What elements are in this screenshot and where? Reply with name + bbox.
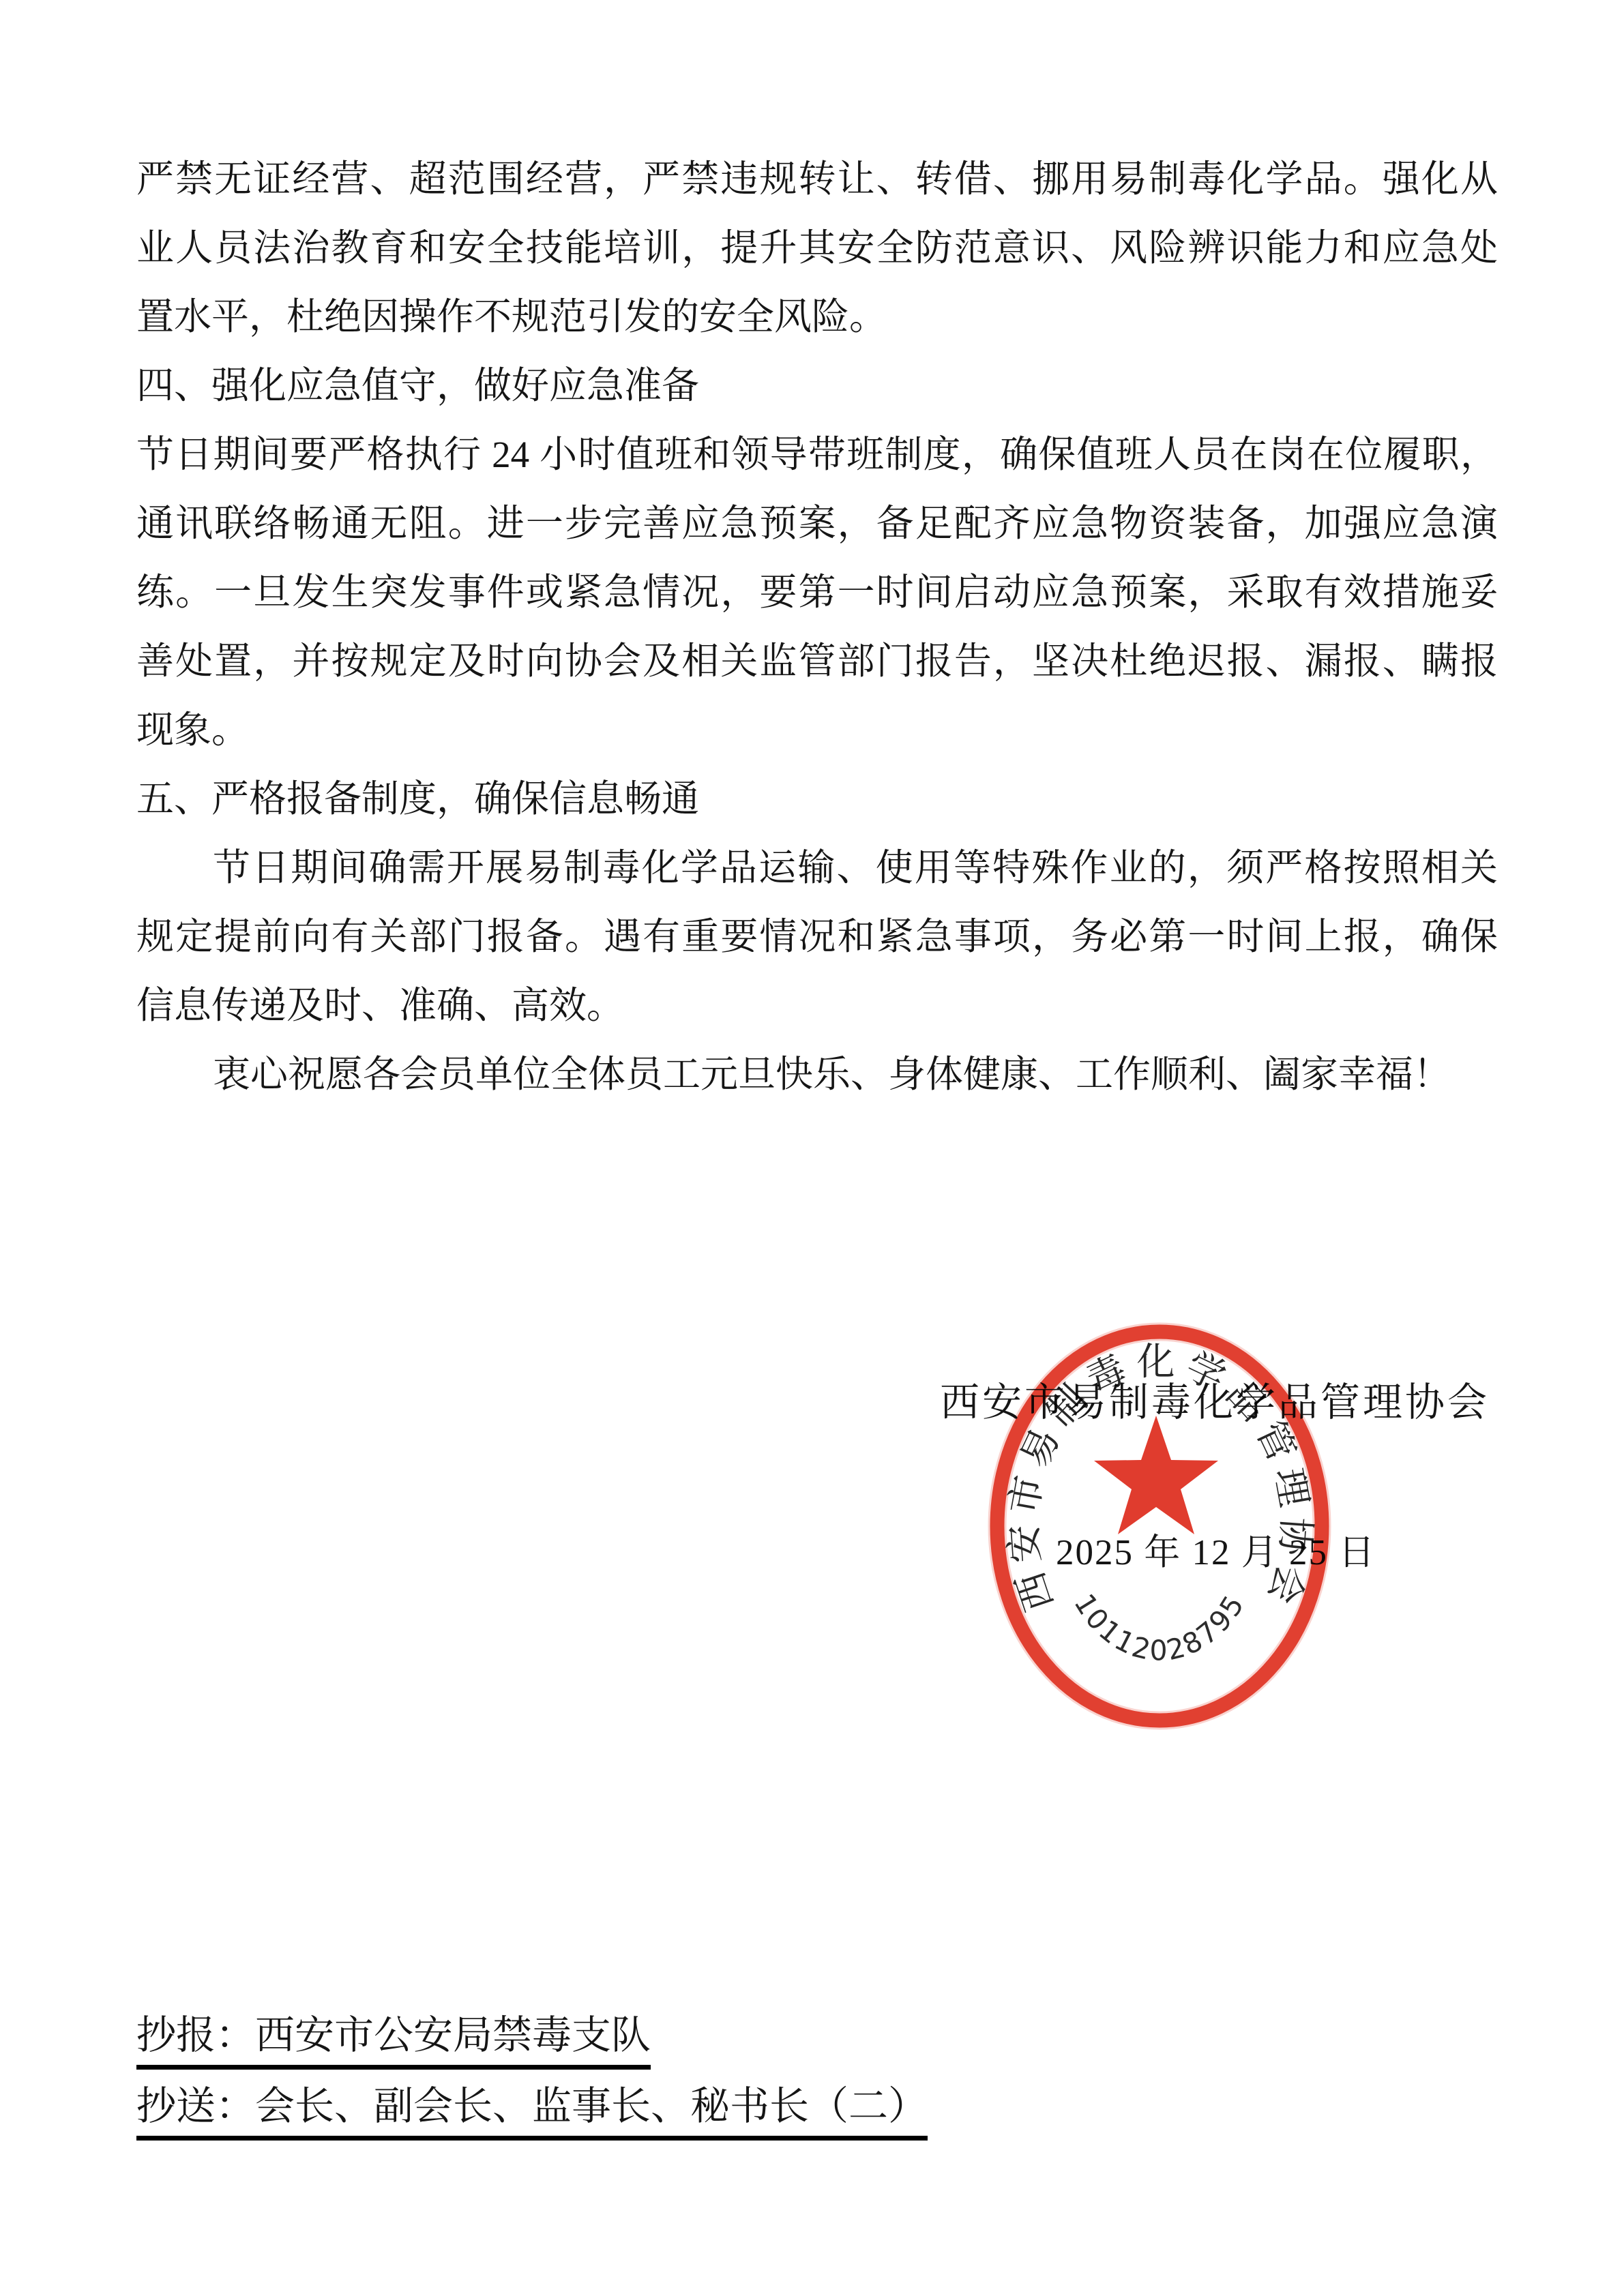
body-line: 练。一旦发生突发事件或紧急情况，要第一时间启动应急预案，采取有效措施妥 <box>136 558 1498 627</box>
svg-text:6101120287958: 6101120287958 <box>979 1316 1252 1667</box>
body-line: 善处置，并按规定及时向协会及相关监管部门报告，坚决杜绝迟报、漏报、瞒报 <box>136 627 1498 696</box>
body-line: 业人员法治教育和安全技能培训，提升其安全防范意识、风险辨识能力和应急处 <box>136 213 1498 282</box>
section-heading-5: 五、严格报备制度，确保信息畅通 <box>136 764 1498 833</box>
body-line: 通讯联络畅通无阻。进一步完善应急预案，备足配齐应急物资装备，加强应急演 <box>136 489 1498 558</box>
copy-report-text: 抄报：西安市公安局禁毒支队 <box>136 2010 651 2070</box>
signature-org: 西安市易制毒化学品管理协会 <box>940 1379 1490 1427</box>
body-line: 信息传递及时、准确、高效。 <box>136 971 1498 1040</box>
section-heading-4: 四、强化应急值守，做好应急准备 <box>136 351 1498 420</box>
signature-date: 2025 年 12 月 25 日 <box>1056 1530 1376 1575</box>
footer-copy-block: 抄报：西安市公安局禁毒支队 抄送：会长、副会长、监事长、秘书长（二） <box>136 2010 1498 2152</box>
copy-send-text: 抄送：会长、副会长、监事长、秘书长（二） <box>136 2081 928 2141</box>
seal-star-icon <box>1094 1416 1218 1534</box>
body-line: 节日期间确需开展易制毒化学品运输、使用等特殊作业的，须严格按照相关 <box>136 833 1498 902</box>
seal-serial-number: 6101120287958 <box>979 1316 1252 1667</box>
body-line: 置水平，杜绝因操作不规范引发的安全风险。 <box>136 282 1498 351</box>
document-page: 严禁无证经营、超范围经营，严禁违规转让、转借、挪用易制毒化学品。强化从 业人员法… <box>0 0 1624 2296</box>
copy-report-line: 抄报：西安市公安局禁毒支队 <box>136 2010 1498 2081</box>
body-line: 节日期间要严格执行 24 小时值班和领导带班制度，确保值班人员在岗在位履职， <box>136 420 1498 489</box>
blessing-line: 衷心祝愿各会员单位全体员工元旦快乐、身体健康、工作顺利、阖家幸福！ <box>136 1040 1498 1109</box>
body-line: 现象。 <box>136 696 1498 764</box>
copy-send-line: 抄送：会长、副会长、监事长、秘书长（二） <box>136 2081 1498 2152</box>
body-line: 严禁无证经营、超范围经营，严禁违规转让、转借、挪用易制毒化学品。强化从 <box>136 145 1498 213</box>
body-text-block: 严禁无证经营、超范围经营，严禁违规转让、转借、挪用易制毒化学品。强化从 业人员法… <box>136 145 1498 1109</box>
body-line: 规定提前向有关部门报备。遇有重要情况和紧急事项，务必第一时间上报，确保 <box>136 902 1498 971</box>
